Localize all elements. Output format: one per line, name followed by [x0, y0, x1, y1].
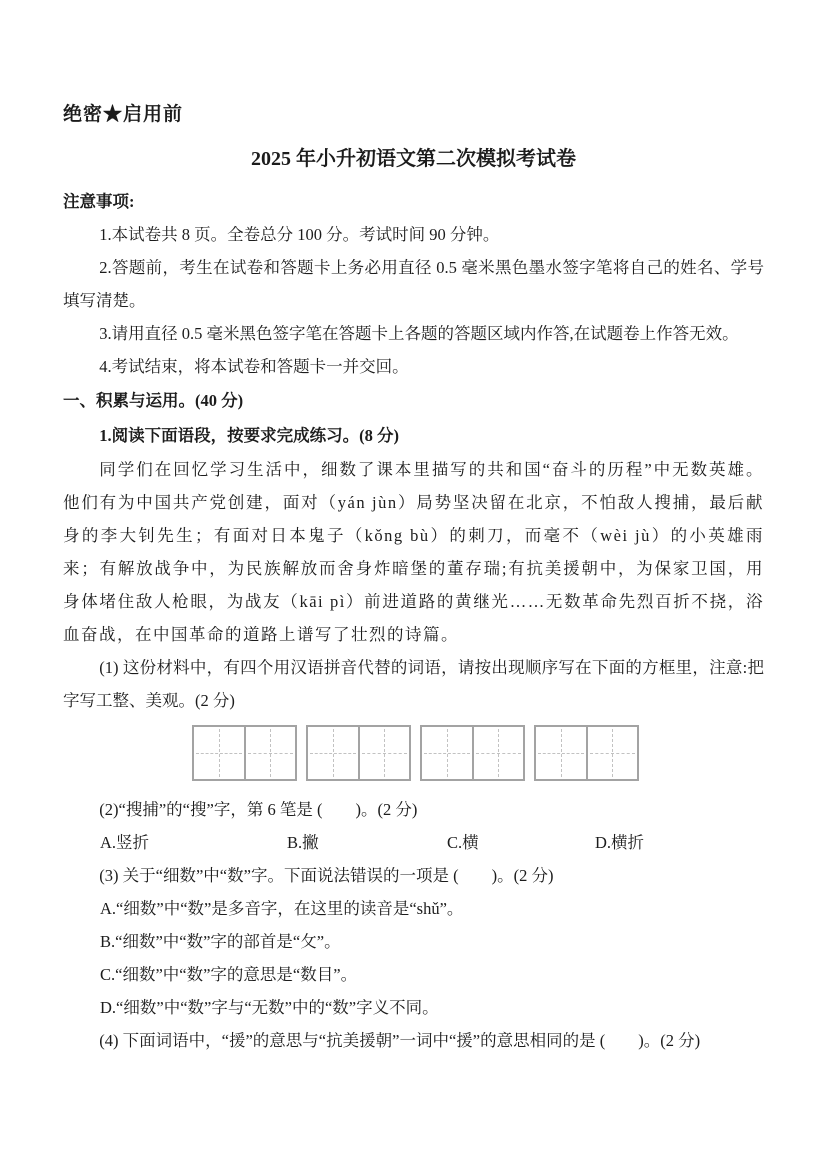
sub-question-3-option-c: C.“细数”中“数”字的意思是“数目”。 [63, 958, 764, 991]
option-b: B.撇 [287, 826, 447, 859]
option-a: A.竖折 [100, 826, 287, 859]
writing-cell[interactable] [472, 727, 524, 779]
writing-cell[interactable] [586, 727, 638, 779]
writing-box-group-1[interactable] [192, 725, 297, 781]
notice-heading: 注意事项: [63, 185, 764, 218]
writing-cell[interactable] [358, 727, 410, 779]
writing-cell[interactable] [308, 727, 358, 779]
classification-label: 绝密★启用前 [63, 98, 764, 131]
notice-item-3: 3.请用直径 0.5 毫米黑色签字笔在答题卡上各题的答题区域内作答,在试题卷上作… [63, 317, 764, 350]
sub-question-4-prompt: (4) 下面词语中，“援”的意思与“抗美援朝”一词中“援”的意思相同的是 ( )… [63, 1024, 764, 1057]
writing-cell[interactable] [194, 727, 244, 779]
sub-question-3-option-d: D.“细数”中“数”字与“无数”中的“数”字义不同。 [63, 991, 764, 1024]
question-1-intro: 1.阅读下面语段，按要求完成练习。(8 分) [63, 419, 764, 453]
writing-cell[interactable] [422, 727, 472, 779]
sub-question-3-prompt: (3) 关于“细数”中“数”字。下面说法错误的一项是 ( )。(2 分) [63, 859, 764, 892]
section-one-heading: 一、积累与运用。(40 分) [63, 383, 764, 419]
notice-item-1: 1.本试卷共 8 页。全卷总分 100 分。考试时间 90 分钟。 [63, 218, 764, 251]
writing-box-group-4[interactable] [534, 725, 639, 781]
writing-cell[interactable] [244, 727, 296, 779]
option-d: D.横折 [595, 826, 644, 859]
reading-passage: 同学们在回忆学习生活中，细数了课本里描写的共和国“奋斗的历程”中无数英雄。他们有… [63, 453, 764, 651]
writing-box-group-2[interactable] [306, 725, 411, 781]
notice-item-2: 2.答题前，考生在试卷和答题卡上务必用直径 0.5 毫米黑色墨水签字笔将自己的姓… [63, 251, 764, 317]
sub-question-3-option-b: B.“细数”中“数”字的部首是“攵”。 [63, 925, 764, 958]
sub-question-2-prompt: (2)“搜捕”的“搜”字，第 6 笔是 ( )。(2 分) [63, 793, 764, 826]
writing-box-group-3[interactable] [420, 725, 525, 781]
pinyin-writing-grid [192, 725, 764, 781]
sub-question-3-option-a: A.“细数”中“数”是多音字，在这里的读音是“shǔ”。 [63, 892, 764, 925]
writing-cell[interactable] [536, 727, 586, 779]
sub-question-2-options: A.竖折 B.撇 C.横 D.横折 [63, 826, 764, 859]
page-title: 2025 年小升初语文第二次模拟考试卷 [63, 141, 764, 177]
sub-question-1-prompt: (1) 这份材料中，有四个用汉语拼音代替的词语，请按出现顺序写在下面的方框里，注… [63, 651, 764, 717]
option-c: C.横 [447, 826, 595, 859]
exam-paper-page: 绝密★启用前 2025 年小升初语文第二次模拟考试卷 注意事项: 1.本试卷共 … [0, 0, 827, 1169]
notice-item-4: 4.考试结束，将本试卷和答题卡一并交回。 [63, 350, 764, 383]
